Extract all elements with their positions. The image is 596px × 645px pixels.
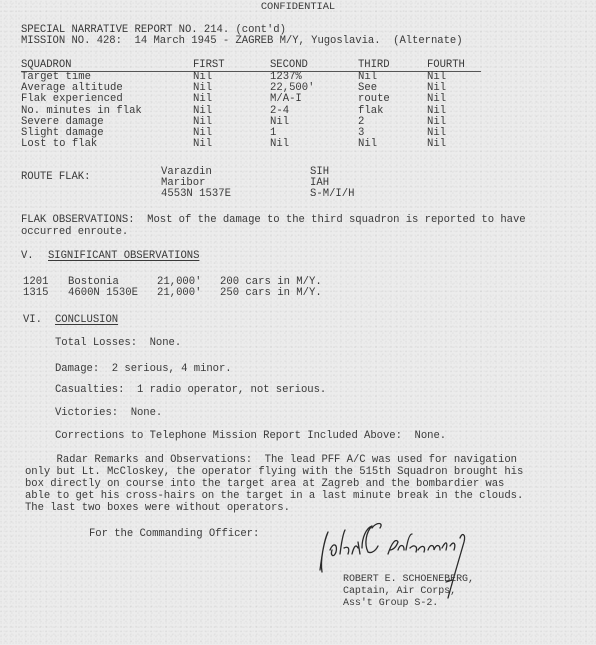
observation-locations: Bostonia 4600N 1530E [68, 277, 138, 299]
col-header-second: SECOND [270, 59, 308, 71]
flak-observations-line: FLAK OBSERVATIONS: Most of the damage to… [21, 214, 526, 226]
mission-line: MISSION NO. 428: 14 March 1945 - ZAGREB … [21, 35, 463, 47]
observation-note: 250 cars in M/Y. [220, 288, 322, 299]
flak-observations-line: occurred enroute. [21, 226, 128, 238]
col-header-fourth: FOURTH [427, 59, 465, 71]
table-cell: M/A-I [270, 94, 315, 105]
classification-label: CONFIDENTIAL [0, 1, 596, 13]
third-column: Nil See route flak 2 3 Nil [358, 72, 390, 150]
row-labels-column: Target time Average altitude Flak experi… [21, 72, 142, 150]
section-vi-number: VI. [23, 314, 42, 326]
document-page: CONFIDENTIAL SPECIAL NARRATIVE REPORT NO… [0, 0, 596, 645]
damage-summary: Damage: 2 serious, 4 minor. [55, 363, 232, 375]
radar-remarks-line: box directly on course into the target a… [25, 478, 504, 490]
table-cell: Nil [270, 117, 315, 128]
col-header-squadron: SQUADRON [21, 59, 71, 71]
signer-rank: Captain, Air Corps, [343, 586, 456, 598]
radar-remarks-line: able to get his cross-hairs on the targe… [25, 490, 523, 502]
fourth-column: Nil Nil Nil Nil Nil Nil Nil [427, 72, 446, 150]
observation-altitudes: 21,000' 21,000' [157, 277, 202, 299]
route-flak-types: SIH IAH S-M/I/H [310, 167, 355, 201]
col-header-third: THIRD [358, 59, 390, 71]
observation-location: 4600N 1530E [68, 288, 138, 299]
col-header-first: FIRST [193, 59, 225, 71]
table-cell: Nil [193, 139, 212, 150]
observation-notes: 200 cars in M/Y. 250 cars in M/Y. [220, 277, 322, 299]
signer-name: ROBERT E. SCHOENEBERG, [343, 574, 474, 586]
table-cell: Nil [427, 94, 446, 105]
signer-title: Ass't Group S-2. [343, 598, 438, 610]
section-v-number: V. [21, 250, 34, 262]
total-losses: Total Losses: None. [55, 337, 181, 349]
section-v-title: SIGNIFICANT OBSERVATIONS [48, 250, 199, 262]
corrections-line: Corrections to Telephone Mission Report … [55, 430, 446, 442]
section-vi-title: CONCLUSION [55, 314, 118, 326]
route-flak-label: ROUTE FLAK: [21, 171, 90, 183]
radar-remarks-line: Radar Remarks and Observations: The lead… [25, 454, 517, 466]
observation-altitude: 21,000' [157, 288, 202, 299]
for-commanding-officer: For the Commanding Officer: [89, 528, 259, 540]
victories-summary: Victories: None. [55, 407, 162, 419]
route-flak-location: 4553N 1537E [161, 189, 231, 200]
table-row-label: Flak experienced [21, 94, 142, 105]
casualties-summary: Casualties: 1 radio operator, not seriou… [55, 384, 326, 396]
table-cell: route [358, 94, 390, 105]
route-flak-type: S-M/I/H [310, 189, 355, 200]
table-cell: Nil [427, 139, 446, 150]
table-row-label: Lost to flak [21, 139, 142, 150]
table-cell: Nil [358, 139, 390, 150]
first-column: Nil Nil Nil Nil Nil Nil Nil [193, 72, 212, 150]
observation-time: 1315 [23, 288, 48, 299]
radar-remarks-line: only but Lt. McCloskey, the operator fly… [25, 466, 523, 478]
radar-remarks-line: The last two boxes were without operator… [25, 502, 290, 514]
table-cell: Nil [270, 139, 315, 150]
observation-times: 1201 1315 [23, 277, 48, 299]
route-flak-locations: Varazdin Maribor 4553N 1537E [161, 167, 231, 201]
table-cell: Nil [193, 94, 212, 105]
second-column: 1237% 22,500' M/A-I 2-4 Nil 1 Nil [270, 72, 315, 150]
